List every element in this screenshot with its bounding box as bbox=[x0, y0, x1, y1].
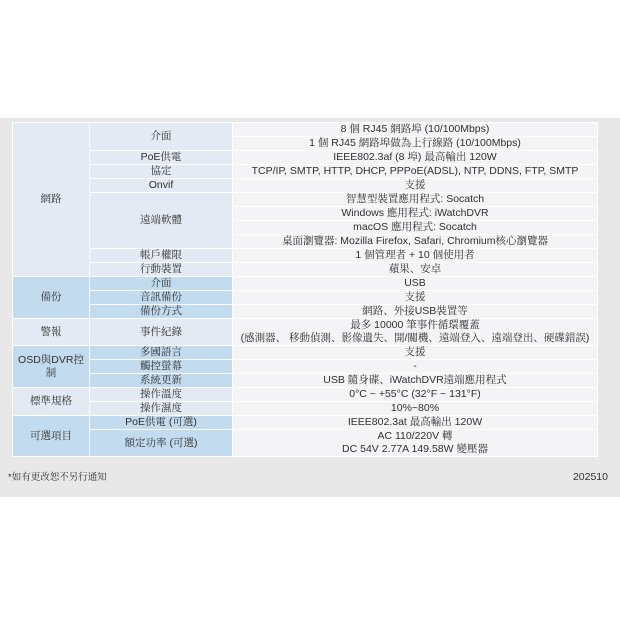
row-value: 網路、外接USB裝置等 bbox=[233, 305, 597, 318]
row-label: PoE供電 (可選) bbox=[90, 416, 232, 429]
section-rows: PoE供電 (可選)IEEE802.3at 最高輸出 120W額定功率 (可選)… bbox=[90, 416, 597, 456]
spec-section: 警報事件紀錄最多 10000 筆事件循環覆蓋(感測器、 移動偵測、影像遺失、開/… bbox=[13, 319, 597, 345]
value-line: macOS 應用程式: Socatch bbox=[353, 221, 477, 234]
row-label: 協定 bbox=[90, 165, 232, 178]
row-value: 0°C ~ +55°C (32°F ~ 131°F) bbox=[233, 388, 597, 401]
row-values: 支援 bbox=[233, 179, 597, 192]
footer: *如有更改恕不另行通知 202510 bbox=[8, 469, 608, 483]
row-values: 支援 bbox=[233, 346, 597, 359]
spec-row: PoE供電IEEE802.3af (8 埠) 最高輸出 120W bbox=[90, 151, 597, 164]
section-rows: 操作溫度0°C ~ +55°C (32°F ~ 131°F)操作濕度10%~80… bbox=[90, 388, 597, 415]
spec-row: 帳戶權限1 個管理者 + 10 個使用者 bbox=[90, 249, 597, 262]
row-value: USB bbox=[233, 277, 597, 290]
row-label: 觸控螢幕 bbox=[90, 360, 232, 373]
spec-section: 備份介面USB音訊備份支援備份方式網路、外接USB裝置等 bbox=[13, 277, 597, 318]
row-value: 支援 bbox=[233, 346, 597, 359]
spec-row: 協定TCP/IP, SMTP, HTTP, DHCP, PPPoE(ADSL),… bbox=[90, 165, 597, 178]
row-value: 支援 bbox=[233, 291, 597, 304]
section-rows: 介面8 個 RJ45 網路埠 (10/100Mbps)1 個 RJ45 網路埠做… bbox=[90, 123, 597, 276]
row-label: PoE供電 bbox=[90, 151, 232, 164]
row-values: IEEE802.3at 最高輸出 120W bbox=[233, 416, 597, 429]
row-values: 1 個管理者 + 10 個使用者 bbox=[233, 249, 597, 262]
value-line: AC 110/220V 轉 bbox=[377, 430, 452, 443]
row-value: 桌面瀏覽器: Mozilla Firefox, Safari, Chromium… bbox=[233, 235, 597, 248]
value-line: 支援 bbox=[405, 291, 426, 304]
spec-section: 可選項目PoE供電 (可選)IEEE802.3at 最高輸出 120W額定功率 … bbox=[13, 416, 597, 456]
row-label: 行動裝置 bbox=[90, 263, 232, 276]
row-value: 蘋果、安卓 bbox=[233, 263, 597, 276]
spec-row: 操作濕度10%~80% bbox=[90, 402, 597, 415]
spec-row: 介面USB bbox=[90, 277, 597, 290]
value-line: USB 隨身碟、iWatchDVR遠端應用程式 bbox=[323, 374, 506, 387]
row-values: AC 110/220V 轉DC 54V 2.77A 149.58W 變壓器 bbox=[233, 430, 597, 456]
spec-row: 音訊備份支援 bbox=[90, 291, 597, 304]
value-line: USB bbox=[404, 277, 426, 290]
value-line: IEEE802.3at 最高輸出 120W bbox=[348, 416, 482, 429]
value-line: 支援 bbox=[405, 179, 426, 192]
category-cell: 警報 bbox=[13, 319, 89, 345]
spec-row: 操作溫度0°C ~ +55°C (32°F ~ 131°F) bbox=[90, 388, 597, 401]
spec-row: 多國語言支援 bbox=[90, 346, 597, 359]
row-value: 10%~80% bbox=[233, 402, 597, 415]
section-rows: 多國語言支援觸控螢幕-系統更新USB 隨身碟、iWatchDVR遠端應用程式 bbox=[90, 346, 597, 387]
spec-row: Onvif支援 bbox=[90, 179, 597, 192]
row-values: 8 個 RJ45 網路埠 (10/100Mbps)1 個 RJ45 網路埠做為上… bbox=[233, 123, 597, 150]
spec-section: OSD與DVR控制多國語言支援觸控螢幕-系統更新USB 隨身碟、iWatchDV… bbox=[13, 346, 597, 387]
row-values: 智慧型裝置應用程式: SocatchWindows 應用程式: iWatchDV… bbox=[233, 193, 597, 248]
row-label: 操作濕度 bbox=[90, 402, 232, 415]
row-values: 最多 10000 筆事件循環覆蓋(感測器、 移動偵測、影像遺失、開/關機、遠端登… bbox=[233, 319, 597, 345]
value-line: 8 個 RJ45 網路埠 (10/100Mbps) bbox=[341, 123, 490, 136]
row-values: 支援 bbox=[233, 291, 597, 304]
row-label: 事件紀錄 bbox=[90, 319, 232, 345]
value-line: - bbox=[413, 360, 417, 373]
value-line: Windows 應用程式: iWatchDVR bbox=[341, 207, 488, 220]
row-label: 額定功率 (可選) bbox=[90, 430, 232, 456]
spec-row: 遠端軟體智慧型裝置應用程式: SocatchWindows 應用程式: iWat… bbox=[90, 193, 597, 248]
value-line: 1 個 RJ45 網路埠做為上行線路 (10/100Mbps) bbox=[309, 137, 521, 150]
row-value: 1 個 RJ45 網路埠做為上行線路 (10/100Mbps) bbox=[233, 137, 597, 150]
value-line: (感測器、 移動偵測、影像遺失、開/關機、遠端登入、遠端登出、硬碟錯誤) bbox=[241, 332, 590, 345]
footnote-text: *如有更改恕不另行通知 bbox=[8, 469, 107, 483]
row-value: macOS 應用程式: Socatch bbox=[233, 221, 597, 234]
value-line: 1 個管理者 + 10 個使用者 bbox=[355, 249, 474, 262]
row-value: 1 個管理者 + 10 個使用者 bbox=[233, 249, 597, 262]
spec-section: 網路介面8 個 RJ45 網路埠 (10/100Mbps)1 個 RJ45 網路… bbox=[13, 123, 597, 276]
category-cell: 標準規格 bbox=[13, 388, 89, 415]
row-label: 系統更新 bbox=[90, 374, 232, 387]
value-line: 10%~80% bbox=[391, 402, 439, 415]
row-label: 遠端軟體 bbox=[90, 193, 232, 248]
row-value: IEEE802.3af (8 埠) 最高輸出 120W bbox=[233, 151, 597, 164]
spec-row: 額定功率 (可選)AC 110/220V 轉DC 54V 2.77A 149.5… bbox=[90, 430, 597, 456]
spec-section: 標準規格操作溫度0°C ~ +55°C (32°F ~ 131°F)操作濕度10… bbox=[13, 388, 597, 415]
row-values: 網路、外接USB裝置等 bbox=[233, 305, 597, 318]
row-value: USB 隨身碟、iWatchDVR遠端應用程式 bbox=[233, 374, 597, 387]
row-value: IEEE802.3at 最高輸出 120W bbox=[233, 416, 597, 429]
value-line: 0°C ~ +55°C (32°F ~ 131°F) bbox=[349, 388, 480, 401]
row-value: 8 個 RJ45 網路埠 (10/100Mbps) bbox=[233, 123, 597, 136]
spec-row: 觸控螢幕- bbox=[90, 360, 597, 373]
row-label: 備份方式 bbox=[90, 305, 232, 318]
spec-panel: 網路介面8 個 RJ45 網路埠 (10/100Mbps)1 個 RJ45 網路… bbox=[0, 118, 620, 497]
row-label: 介面 bbox=[90, 123, 232, 150]
row-label: 操作溫度 bbox=[90, 388, 232, 401]
value-line: DC 54V 2.77A 149.58W 變壓器 bbox=[342, 443, 488, 456]
spec-row: 事件紀錄最多 10000 筆事件循環覆蓋(感測器、 移動偵測、影像遺失、開/關機… bbox=[90, 319, 597, 345]
row-value: TCP/IP, SMTP, HTTP, DHCP, PPPoE(ADSL), N… bbox=[233, 165, 597, 178]
row-label: Onvif bbox=[90, 179, 232, 192]
category-cell: 可選項目 bbox=[13, 416, 89, 456]
row-label: 多國語言 bbox=[90, 346, 232, 359]
row-values: - bbox=[233, 360, 597, 373]
value-line: TCP/IP, SMTP, HTTP, DHCP, PPPoE(ADSL), N… bbox=[252, 165, 579, 178]
value-line: 最多 10000 筆事件循環覆蓋 bbox=[350, 319, 480, 332]
row-values: USB 隨身碟、iWatchDVR遠端應用程式 bbox=[233, 374, 597, 387]
row-values: 蘋果、安卓 bbox=[233, 263, 597, 276]
row-value: 最多 10000 筆事件循環覆蓋(感測器、 移動偵測、影像遺失、開/關機、遠端登… bbox=[233, 319, 597, 345]
row-values: 10%~80% bbox=[233, 402, 597, 415]
row-values: USB bbox=[233, 277, 597, 290]
value-line: 智慧型裝置應用程式: Socatch bbox=[346, 193, 484, 206]
row-values: TCP/IP, SMTP, HTTP, DHCP, PPPoE(ADSL), N… bbox=[233, 165, 597, 178]
spec-table: 網路介面8 個 RJ45 網路埠 (10/100Mbps)1 個 RJ45 網路… bbox=[12, 122, 598, 457]
value-line: IEEE802.3af (8 埠) 最高輸出 120W bbox=[333, 151, 496, 164]
row-label: 介面 bbox=[90, 277, 232, 290]
spec-row: 備份方式網路、外接USB裝置等 bbox=[90, 305, 597, 318]
spec-row: 介面8 個 RJ45 網路埠 (10/100Mbps)1 個 RJ45 網路埠做… bbox=[90, 123, 597, 150]
section-rows: 介面USB音訊備份支援備份方式網路、外接USB裝置等 bbox=[90, 277, 597, 318]
spec-row: 系統更新USB 隨身碟、iWatchDVR遠端應用程式 bbox=[90, 374, 597, 387]
value-line: 蘋果、安卓 bbox=[389, 263, 442, 276]
row-value: Windows 應用程式: iWatchDVR bbox=[233, 207, 597, 220]
section-rows: 事件紀錄最多 10000 筆事件循環覆蓋(感測器、 移動偵測、影像遺失、開/關機… bbox=[90, 319, 597, 345]
row-values: IEEE802.3af (8 埠) 最高輸出 120W bbox=[233, 151, 597, 164]
doc-code: 202510 bbox=[573, 471, 608, 483]
row-label: 音訊備份 bbox=[90, 291, 232, 304]
category-cell: OSD與DVR控制 bbox=[13, 346, 89, 387]
category-cell: 備份 bbox=[13, 277, 89, 318]
row-value: AC 110/220V 轉DC 54V 2.77A 149.58W 變壓器 bbox=[233, 430, 597, 456]
value-line: 支援 bbox=[405, 346, 426, 359]
category-cell: 網路 bbox=[13, 123, 89, 276]
spec-row: 行動裝置蘋果、安卓 bbox=[90, 263, 597, 276]
row-value: - bbox=[233, 360, 597, 373]
row-value: 智慧型裝置應用程式: Socatch bbox=[233, 193, 597, 206]
value-line: 桌面瀏覽器: Mozilla Firefox, Safari, Chromium… bbox=[282, 235, 548, 248]
row-values: 0°C ~ +55°C (32°F ~ 131°F) bbox=[233, 388, 597, 401]
spec-row: PoE供電 (可選)IEEE802.3at 最高輸出 120W bbox=[90, 416, 597, 429]
row-label: 帳戶權限 bbox=[90, 249, 232, 262]
row-value: 支援 bbox=[233, 179, 597, 192]
value-line: 網路、外接USB裝置等 bbox=[362, 305, 468, 318]
